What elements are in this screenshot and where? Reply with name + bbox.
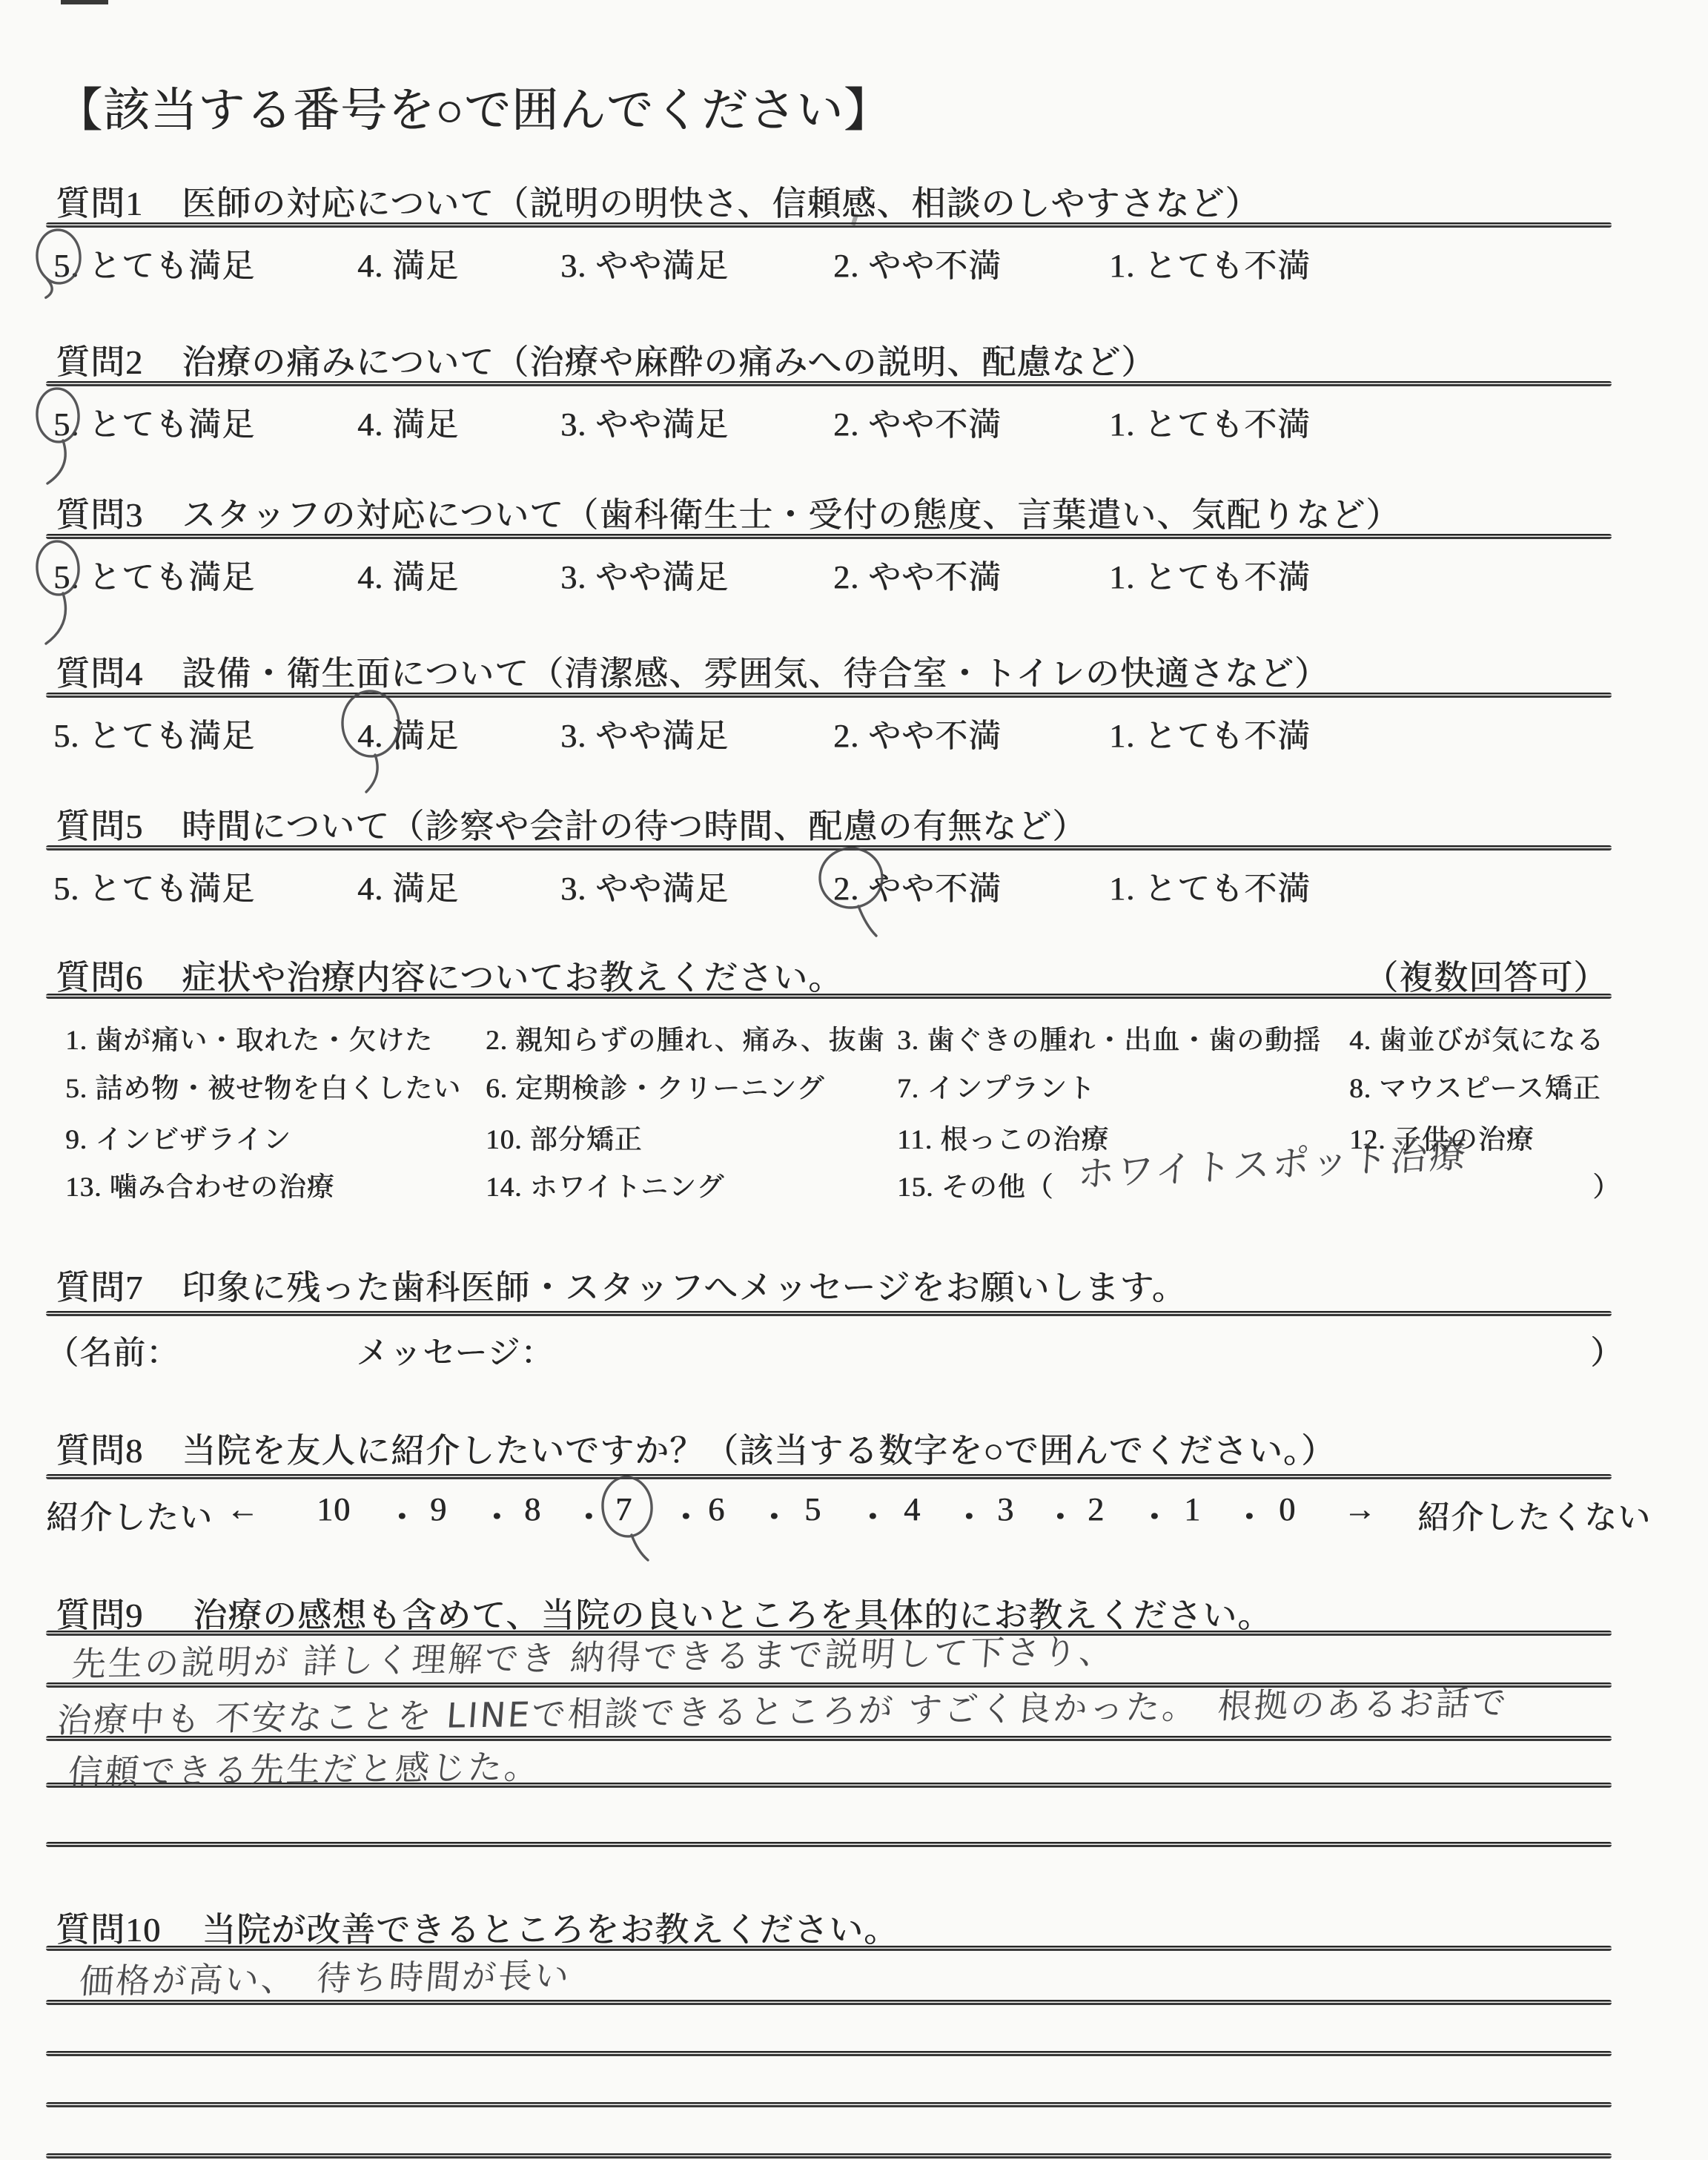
q6-item-8: 8. マウスピース矯正 bbox=[1349, 1066, 1601, 1106]
q6-item-11: 11. 根っこの治療 bbox=[897, 1117, 1109, 1157]
question-4-heading: 設備・衛生面について（清潔感、雰囲気、待合室・トイレの快適さなど） bbox=[182, 647, 1329, 696]
q8-number-0: 0 bbox=[1279, 1490, 1296, 1528]
question-8-heading: 当院を友人に紹介したいですか？（該当する数字を○で囲んでください。） bbox=[182, 1424, 1336, 1473]
question-6-note: （複数回答可） bbox=[1364, 951, 1608, 1000]
q4-option-5: 5. とても満足 bbox=[53, 709, 255, 756]
q8-dot: ・ bbox=[572, 1490, 606, 1538]
q6-item-15: 15. その他（ bbox=[897, 1164, 1054, 1204]
question-1-number: 質問1 bbox=[56, 176, 143, 225]
question-2-number: 質問2 bbox=[56, 335, 143, 384]
q7-close-paren: ） bbox=[1590, 1326, 1623, 1373]
q6-other-handwritten-answer: ホワイトスポット治療 bbox=[1076, 1124, 1470, 1198]
q8-number-2: 2 bbox=[1088, 1490, 1105, 1528]
q2-option-3: 3. やや満足 bbox=[560, 397, 729, 445]
question-5-heading: 時間について（診察や会計の待つ時間、配慮の有無など） bbox=[182, 799, 1087, 848]
question-1-heading: 医師の対応について（説明の明快さ、信頼感、相談のしやすさなど） bbox=[182, 176, 1260, 225]
divider-rule bbox=[46, 222, 1612, 228]
q1-option-3: 3. やや満足 bbox=[560, 239, 729, 286]
answer-line bbox=[46, 2102, 1612, 2107]
q8-number-10: 10 bbox=[317, 1490, 351, 1528]
q6-item-9: 9. インビザライン bbox=[65, 1117, 291, 1157]
q9-handwritten-line-3: 信頼できる先生だと感じた。 bbox=[67, 1740, 543, 1794]
q5-option-4: 4. 満足 bbox=[357, 862, 459, 909]
q4-option-2: 2. やや不満 bbox=[833, 709, 1002, 756]
q8-label-do-not-refer: 紹介したくない bbox=[1417, 1490, 1651, 1538]
q5-option-3: 3. やや満足 bbox=[560, 862, 729, 909]
divider-rule bbox=[46, 1311, 1612, 1316]
divider-rule bbox=[46, 693, 1612, 698]
q8-dot: ・ bbox=[385, 1490, 419, 1538]
q3-option-5: 5. とても満足 bbox=[53, 550, 255, 598]
question-6-number: 質問6 bbox=[56, 951, 143, 1000]
q3-option-4: 4. 満足 bbox=[357, 550, 459, 598]
q2-option-2: 2. やや不満 bbox=[833, 397, 1002, 445]
q5-option-1: 1. とても不満 bbox=[1109, 862, 1311, 909]
q8-dot: ・ bbox=[669, 1490, 703, 1538]
divider-rule bbox=[46, 534, 1612, 539]
q8-dot: ・ bbox=[1138, 1490, 1171, 1538]
question-8-number: 質問8 bbox=[56, 1424, 143, 1473]
q1-option-2: 2. やや不満 bbox=[833, 239, 1002, 286]
q1-option-5: 5. とても満足 bbox=[53, 239, 255, 286]
divider-rule bbox=[46, 845, 1612, 851]
question-4-number: 質問4 bbox=[56, 647, 143, 696]
q8-dot: ・ bbox=[1233, 1490, 1266, 1538]
q3-option-1: 1. とても不満 bbox=[1109, 550, 1311, 598]
q7-name-label: （名前： bbox=[46, 1326, 179, 1373]
q1-option-1: 1. とても不満 bbox=[1109, 239, 1311, 286]
answer-line bbox=[46, 1842, 1612, 1847]
scan-edge-artifact bbox=[61, 0, 108, 4]
q8-number-6: 6 bbox=[708, 1490, 725, 1528]
q8-left-arrow-icon: ← bbox=[226, 1490, 259, 1528]
q6-item-13: 13. 噛み合わせの治療 bbox=[65, 1164, 335, 1204]
q3-option-3: 3. やや満足 bbox=[560, 550, 729, 598]
answer-line bbox=[46, 2051, 1612, 2056]
q6-item-5: 5. 詰め物・被せ物を白くしたい bbox=[65, 1066, 461, 1106]
q8-dot: ・ bbox=[953, 1490, 986, 1538]
q5-option-2: 2. やや不満 bbox=[833, 862, 1002, 909]
q8-number-3: 3 bbox=[997, 1490, 1014, 1528]
answer-line bbox=[46, 2153, 1612, 2159]
question-5-number: 質問5 bbox=[56, 799, 143, 848]
q8-dot: ・ bbox=[480, 1490, 514, 1538]
q8-number-5: 5 bbox=[804, 1490, 821, 1528]
divider-rule bbox=[46, 1474, 1612, 1479]
question-7-number: 質問7 bbox=[56, 1261, 143, 1309]
question-3-heading: スタッフの対応について（歯科衛生士・受付の態度、言葉遣い、気配りなど） bbox=[182, 488, 1400, 537]
q5-option-5: 5. とても満足 bbox=[53, 862, 255, 909]
q8-dot: ・ bbox=[758, 1490, 791, 1538]
scanned-survey-page: { "title": "【該当する番号を○で囲んでください】", "sat_op… bbox=[0, 0, 1708, 2160]
question-6-heading: 症状や治療内容についてお教えください。 bbox=[182, 951, 843, 1000]
question-10-heading: 当院が改善できるところをお教えください。 bbox=[202, 1903, 898, 1952]
q8-number-1: 1 bbox=[1184, 1490, 1201, 1528]
q6-item-14: 14. ホワイトニング bbox=[486, 1164, 724, 1204]
q4-option-4: 4. 満足 bbox=[357, 709, 459, 756]
q2-option-1: 1. とても不満 bbox=[1109, 397, 1311, 445]
q8-dot: ・ bbox=[1044, 1490, 1077, 1538]
q8-number-9: 9 bbox=[430, 1490, 447, 1528]
question-7-heading: 印象に残った歯科医師・スタッフへメッセージをお願いします。 bbox=[182, 1261, 1187, 1309]
q6-item-3: 3. 歯ぐきの腫れ・出血・歯の動揺 bbox=[897, 1017, 1321, 1057]
q8-label-want-to-refer: 紹介したい bbox=[46, 1490, 213, 1538]
page-title: 【該当する番号を○で囲んでください】 bbox=[56, 73, 891, 140]
q10-handwritten-line-1: 価格が高い、 待ち時間が長い bbox=[78, 1949, 573, 2004]
q8-number-7: 7 bbox=[615, 1490, 632, 1528]
question-10-number: 質問10 bbox=[56, 1903, 161, 1952]
q4-option-1: 1. とても不満 bbox=[1109, 709, 1311, 756]
q4-option-3: 3. やや満足 bbox=[560, 709, 729, 756]
q6-item-6: 6. 定期検診・クリーニング bbox=[486, 1066, 824, 1106]
q6-item-1: 1. 歯が痛い・取れた・欠けた bbox=[65, 1017, 433, 1057]
q6-item-7: 7. インプラント bbox=[897, 1066, 1096, 1106]
q7-message-label: メッセージ： bbox=[356, 1326, 554, 1373]
q3-option-2: 2. やや不満 bbox=[833, 550, 1002, 598]
q6-item-15-close-paren: ） bbox=[1592, 1164, 1621, 1204]
question-2-heading: 治療の痛みについて（治療や麻酔の痛みへの説明、配慮など） bbox=[182, 335, 1156, 384]
q2-option-4: 4. 満足 bbox=[357, 397, 459, 445]
divider-rule bbox=[46, 381, 1612, 386]
q1-option-4: 4. 満足 bbox=[357, 239, 459, 286]
q8-dot: ・ bbox=[856, 1490, 890, 1538]
q8-number-8: 8 bbox=[524, 1490, 541, 1528]
q6-item-10: 10. 部分矯正 bbox=[486, 1117, 643, 1157]
divider-rule bbox=[46, 994, 1612, 999]
q6-item-4: 4. 歯並びが気になる bbox=[1349, 1017, 1604, 1057]
question-3-number: 質問3 bbox=[56, 488, 143, 537]
q6-item-2: 2. 親知らずの腫れ、痛み、抜歯 bbox=[486, 1017, 884, 1057]
answer-line bbox=[46, 1946, 1612, 1951]
q8-right-arrow-icon: → bbox=[1343, 1490, 1377, 1528]
q2-option-5: 5. とても満足 bbox=[53, 397, 255, 445]
q8-number-4: 4 bbox=[904, 1490, 921, 1528]
